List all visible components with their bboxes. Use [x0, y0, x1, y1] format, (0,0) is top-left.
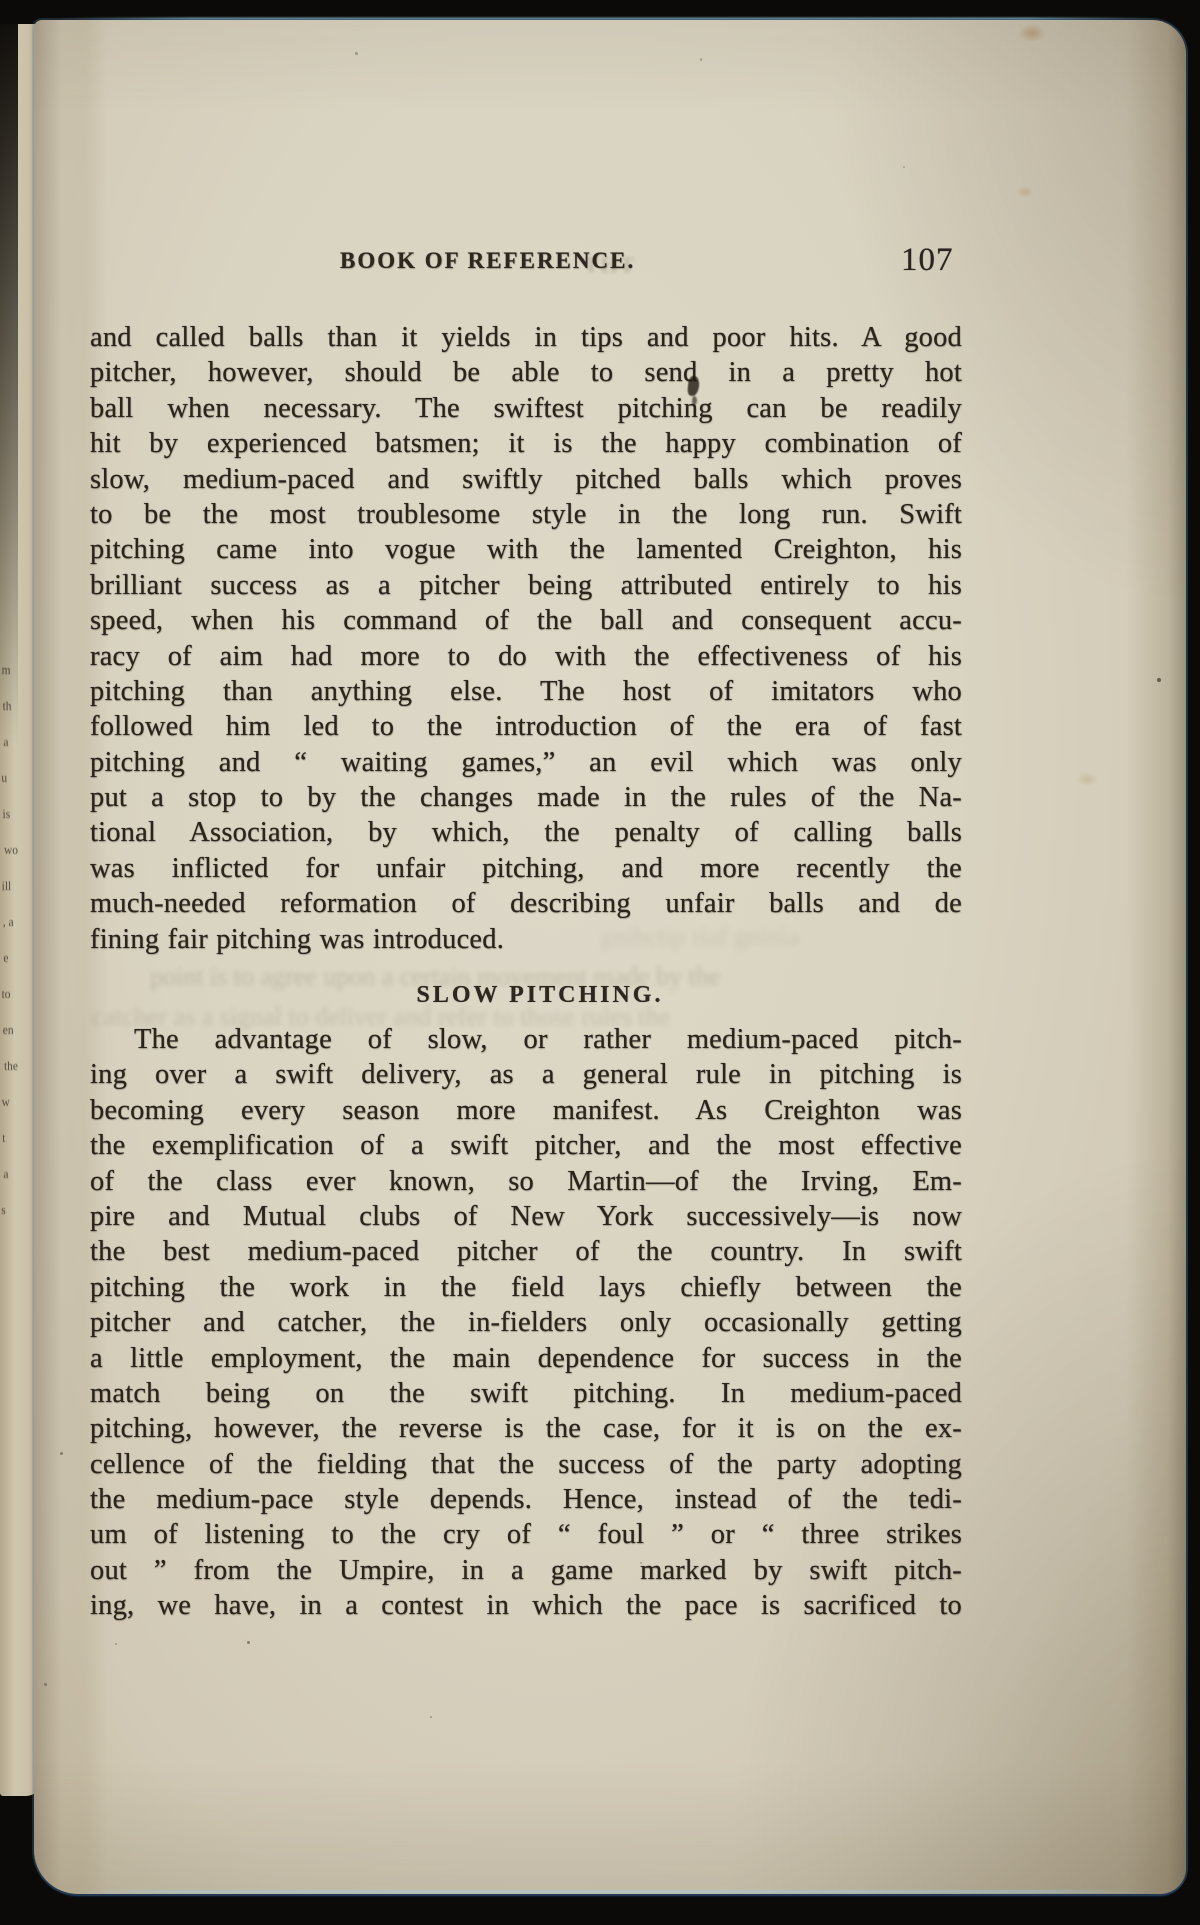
text-line: pitching came into vogue with the lament…	[90, 532, 962, 567]
printed-content: point is to agree upon a certain movemen…	[0, 0, 1200, 1925]
page-edge-highlight	[60, 17, 1160, 20]
text-line: ball when necessary. The swiftest pitchi…	[90, 391, 962, 426]
page-edge-highlight	[70, 1890, 1150, 1893]
book-page-photo: mthauiswoill, aetoenthewtas point is to …	[0, 0, 1200, 1925]
text-line: pitcher and catcher, the in-fielders onl…	[90, 1305, 962, 1340]
text-line: a little employment, the main dependence…	[90, 1341, 962, 1376]
paper-speck	[700, 58, 702, 61]
text-line: followed him led to the introduction of …	[90, 709, 962, 744]
text-line: pitching, however, the reverse is the ca…	[90, 1411, 962, 1446]
text-line: ing over a swift delivery, as a general …	[90, 1057, 962, 1092]
text-line: cellence of the fielding that the succes…	[90, 1447, 962, 1482]
text-line: was inflicted for unfair pitching, and m…	[90, 851, 962, 886]
text-line: pitching and “ waiting games,” an evil w…	[90, 745, 962, 780]
text-line: of the class ever known, so Martin—of th…	[90, 1164, 962, 1199]
text-line: tional Association, by which, the penalt…	[90, 815, 962, 850]
text-line: pitcher, however, should be able to send…	[90, 355, 962, 390]
running-head-title: BOOK OF REFERENCE.	[340, 247, 635, 275]
paragraph: and called balls than it yields in tips …	[90, 320, 962, 957]
text-line: put a stop to by the changes made in the…	[90, 780, 962, 815]
text-line: um of listening to the cry of “ foul ” o…	[90, 1517, 962, 1552]
text-line: ing, we have, in a contest in which the …	[90, 1588, 962, 1623]
text-line: match being on the swift pitching. In me…	[90, 1376, 962, 1411]
paper-speck	[115, 1643, 117, 1645]
paper-speck	[1157, 678, 1161, 682]
text-line: pitching than anything else. The host of…	[90, 674, 962, 709]
paper-stain	[1076, 772, 1098, 787]
text-line: hit by experienced batsmen; it is the ha…	[90, 426, 962, 461]
text-line: pire and Mutual clubs of New York succes…	[90, 1199, 962, 1234]
ink-blot	[692, 396, 697, 405]
text-line: much-needed reformation of describing un…	[90, 886, 962, 921]
text-line: The advantage of slow, or rather medium-…	[90, 1022, 962, 1057]
paper-speck	[247, 1641, 250, 1644]
paper-stain	[1018, 24, 1046, 42]
text-line: brilliant success as a pitcher being att…	[90, 568, 962, 603]
page-number: 107	[901, 242, 954, 278]
paper-speck	[355, 52, 358, 55]
paragraph: The advantage of slow, or rather medium-…	[90, 1022, 962, 1624]
text-line: pitching the work in the field lays chie…	[90, 1270, 962, 1305]
paper-speck	[640, 1562, 642, 1564]
text-line: to be the most troublesome style in the …	[90, 497, 962, 532]
text-line: becoming every season more manifest. As …	[90, 1093, 962, 1128]
paper-speck	[44, 1683, 47, 1686]
text-line: slow, medium-paced and swiftly pitched b…	[90, 462, 962, 497]
text-line: speed, when his command of the ball and …	[90, 603, 962, 638]
text-line: fining fair pitching was introduced.	[90, 922, 962, 957]
paper-speck	[430, 1716, 432, 1718]
text-line: and called balls than it yields in tips …	[90, 320, 962, 355]
text-line: the exemplification of a swift pitcher, …	[90, 1128, 962, 1163]
text-line: out ” from the Umpire, in a game marked …	[90, 1553, 962, 1588]
section-heading: SLOW PITCHING.	[90, 980, 962, 1010]
text-line: racy of aim had more to do with the effe…	[90, 639, 962, 674]
paper-stain	[1016, 186, 1034, 198]
paper-speck	[60, 1452, 63, 1455]
text-line: the best medium-paced pitcher of the cou…	[90, 1234, 962, 1269]
paper-speck	[903, 166, 905, 168]
text-line: the medium-pace style depends. Hence, in…	[90, 1482, 962, 1517]
